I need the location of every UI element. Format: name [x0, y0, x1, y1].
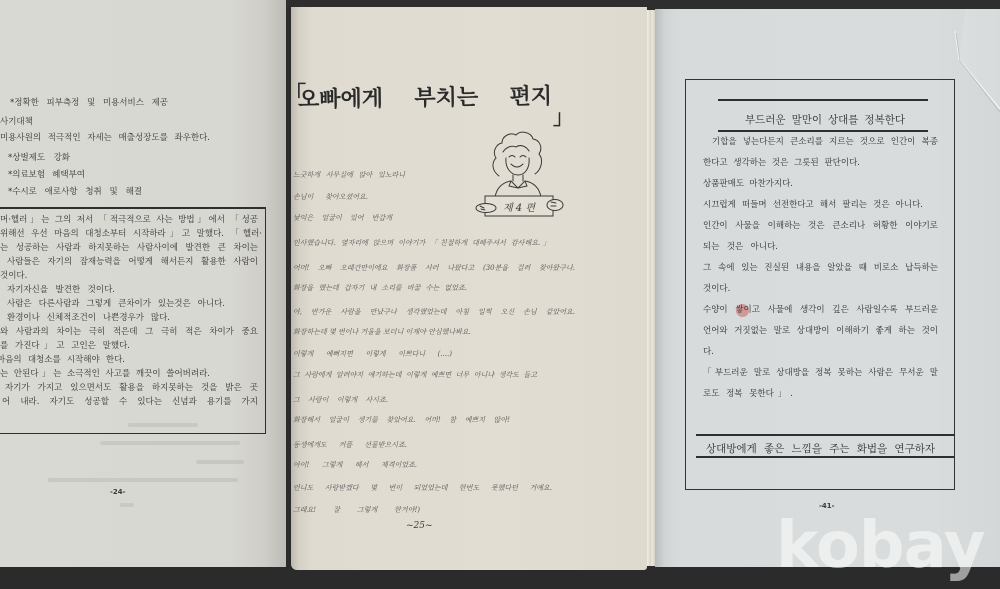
handwritten-line: 인사했습니다. 옆자리에 앉으며 이야기가 「친절하게 대해주셔서 감사해요.」: [293, 237, 550, 249]
bleed-through-text: [120, 503, 134, 507]
box-text-line: 를 가진다」고 고인은 말했다.: [0, 340, 130, 352]
page-crease-icon: [945, 9, 1000, 119]
heading-bottom-rule: [718, 130, 928, 132]
body-line: 상품판매도 마찬가지다.: [703, 178, 793, 190]
box-right-border: [265, 207, 267, 434]
footer-bottom-rule: [696, 456, 955, 458]
box-text-line: 것이다.: [0, 270, 28, 282]
handwritten-line: 그 사람이 이렇게 사시죠.: [293, 394, 388, 406]
handwritten-line: 낯익은 얼굴이 있어 반갑게: [293, 212, 392, 224]
box-text-line: 는 안된다」는 소극적인 사고를 깨끗이 쓸어버려라.: [0, 368, 210, 380]
text-line: 미용사원의 적극적인 자세는 매출성장도를 좌우한다.: [0, 132, 210, 144]
box-text-line: 는 성공하는 사람과 하지못하는 사람사이에 발견한 큰 차이는: [0, 242, 258, 254]
heading-top-rule: [718, 99, 928, 101]
body-line: 되는 것은 아니다.: [703, 241, 778, 253]
bleed-through-text: [128, 423, 198, 427]
body-line: 인간이 사물을 이해하는 것은 큰소리나 허황한 이야기로: [703, 220, 938, 232]
bullet-line: *의료보험 혜택부여: [8, 169, 85, 181]
box-text-line: 자기자신을 발견한 것이다.: [7, 284, 115, 296]
body-line: 그 속에 있는 진실된 내용을 알았을 때 비로소 납득하는: [703, 262, 938, 274]
box-text-line: 자기가 가지고 있으면서도 활용을 하지못하는 것을 밝은 곳: [5, 382, 258, 394]
box-text-line: 마음의 대청소를 시작해야 한다.: [0, 354, 125, 366]
handwritten-line: 화장을 했는데 갑자기 내 소리를 바꿀 수는 없었죠.: [293, 282, 467, 294]
handwritten-line: 화장해서 얼굴이 생기를 찾았어요. 어머! 참 예쁘지 않아!: [293, 414, 510, 426]
footer-top-rule: [696, 434, 955, 436]
watermark-logo: kobay: [776, 514, 985, 578]
left-page: *정확한 피부측정 및 미용서비스 제공 사기대책 미용사원의 적극적인 자세는…: [0, 0, 286, 567]
box-text-line: 사람은 다른사람과 그렇게 큰차이가 있는것은 아니다.: [7, 298, 225, 310]
footer-heading: 상대방에게 좋은 느낌을 주는 화법을 연구하자: [706, 442, 935, 456]
handwritten-line: 언니도 사랑받겠다 몇 번이 되었었는데 한번도 못했다던 거예요.: [293, 482, 552, 494]
handwritten-line: 손님이 찾아오셨어요.: [293, 191, 368, 203]
middle-page: 「 오빠에게 부치는 편지 」 제 4 편 느긋하게 사무실에 앉아 있노라니 …: [291, 7, 647, 570]
handwritten-line: 이렇게 예뻐지면 이렇게 이쁘다니 (....): [293, 348, 452, 360]
page-number: -24-: [110, 488, 126, 496]
section-heading: 부드러운 말만이 상대를 정복한다: [745, 113, 905, 127]
bullet-line: *정확한 피부측정 및 미용서비스 제공: [10, 97, 168, 109]
box-bottom-border: [0, 433, 266, 435]
bleed-through-text: [48, 478, 238, 482]
handwritten-line: 동생에게도 커플 선물받으시죠.: [293, 439, 407, 451]
handwritten-line: 아, 반가운 사람을 만났구나 생각했었는데 아침 일찍 오신 손님 같았어요.: [293, 306, 575, 318]
body-line: 시끄럽게 떠들며 선전한다고 해서 팔리는 것은 아니다.: [703, 199, 923, 211]
box-text-line: 환경이나 신체적조건이 나쁜경우가 많다.: [7, 312, 170, 324]
bleed-through-text: [196, 460, 244, 464]
body-line: 언어와 거짓없는 말로 상대방이 이해하기 좋게 하는 것이: [703, 325, 938, 337]
body-line: 다.: [703, 346, 715, 358]
handwritten-line: 느긋하게 사무실에 앉아 있노라니: [293, 169, 405, 181]
bullet-line: *수시로 애로사항 청취 및 해결: [8, 186, 142, 198]
body-line: 로도 정복 못한다」.: [703, 388, 793, 400]
body-line: 한다고 생각하는 것은 그릇된 판단이다.: [703, 157, 860, 169]
body-line: 것이다.: [703, 283, 731, 295]
body-line: 수양이 쌓이고 사물에 생각이 깊은 사람일수록 부드러운: [703, 304, 938, 316]
woman-illustration-icon: 제 4 편: [465, 118, 575, 222]
box-text-line: 어 내라. 자기도 성공할 수 있다는 신념과 용기를 가지: [2, 396, 258, 408]
handwritten-line: 그 사람에게 알려야지 얘기하는데 이렇게 예쁘면 너무 아니냐 생각도 들고: [293, 369, 537, 381]
handwritten-line: 어머! 오빠 오래간만이에요 화장품 사러 나왔다고 (30분을 걸려 찾아왔구…: [293, 262, 575, 274]
section-heading: 사기대책: [0, 116, 37, 128]
bleed-through-text: [100, 441, 240, 445]
bullet-line: *상벌제도 강화: [8, 152, 70, 164]
box-top-border: [0, 207, 266, 209]
box-text-line: 위해선 우선 마음의 대청소부터 시작하라」고 말했다. 「헬러·: [0, 228, 262, 240]
handwritten-line: 아이! 그렇게 해서 제격이었죠.: [293, 459, 417, 471]
handwritten-line: 화장하는데 몇 번이나 거울을 보더니 이제야 안심했나봐요.: [293, 326, 470, 338]
body-line: 「부드러운 말로 상대방을 정복 못하는 사람은 무서운 말: [703, 367, 938, 379]
letter-title: 오빠에게 부치는 편지: [298, 83, 552, 115]
handwritten-line: 그래요! 잘 그렇게 한거야!): [293, 504, 420, 516]
page-number: ~25~: [406, 521, 433, 531]
box-text-line: 와 사람과의 차이는 극히 적은데 그 극히 적은 차이가 중요: [0, 326, 258, 338]
right-page: 부드러운 말만이 상대를 정복한다 기합을 넣는다든지 큰소리를 지르는 것으로…: [655, 9, 1000, 567]
illustration-sign-text: 제 4 편: [503, 202, 536, 214]
box-text-line: 사람들은 자기의 잠재능력을 어떻게 해서든지 활용한 사람이: [7, 256, 258, 268]
box-text-line: 머·헬러」는 그의 저서 「적극적으로 사는 방법」에서 「성공: [0, 214, 258, 226]
body-line: 기합을 넣는다든지 큰소리를 지르는 것으로 인간이 복종: [712, 136, 938, 148]
